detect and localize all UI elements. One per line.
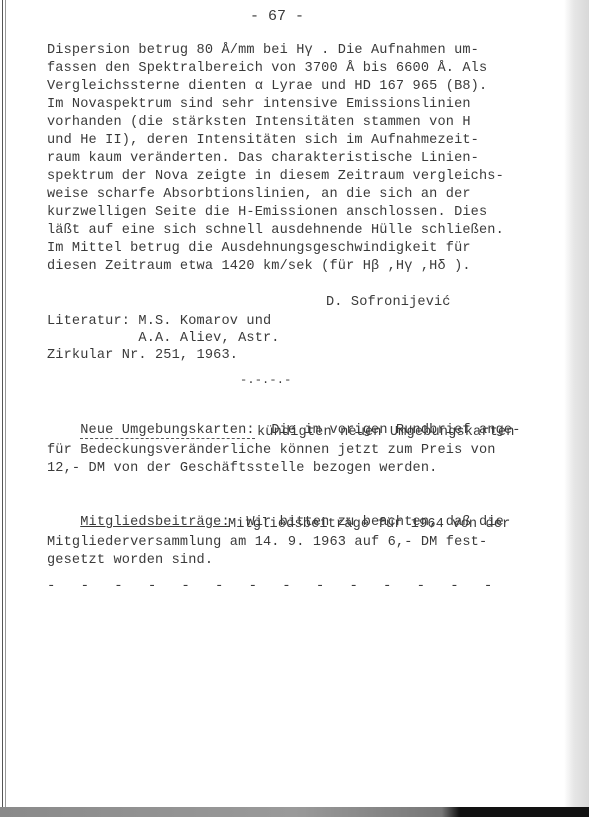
text-line: Im Novaspektrum sind sehr intensive Emis… bbox=[47, 97, 471, 113]
page-edge-rule bbox=[2, 0, 3, 808]
text-line: Im Mittel betrug die Ausdehnungsgeschwin… bbox=[47, 241, 471, 257]
end-dash-line: - - - - - - - - - - - - - - bbox=[47, 578, 492, 594]
text-line: Mitgliederversammlung am 14. 9. 1963 auf… bbox=[47, 535, 487, 551]
text-line: und He II), deren Intensitäten sich im A… bbox=[47, 133, 479, 149]
text-line: kurzwelligen Seite die H-Emissionen ansc… bbox=[47, 205, 487, 221]
text-line: weise scharfe Absorbtionslinien, an die … bbox=[47, 187, 471, 203]
section-separator: -.-.-.- bbox=[240, 372, 291, 388]
text-line: Vergleichssterne dienten α Lyrae und HD … bbox=[47, 79, 487, 95]
page-number: - 67 - bbox=[250, 8, 304, 25]
text-line: vorhanden (die stärksten Intensitäten st… bbox=[47, 115, 471, 131]
text-line: gesetzt worden sind. bbox=[47, 553, 213, 569]
text-line: kündigten neuen Umgebungskarten bbox=[257, 425, 515, 441]
text-line: Literatur: M.S. Komarov und bbox=[47, 314, 271, 330]
section-heading: Mitgliedsbeiträge: bbox=[80, 515, 230, 530]
text-line: läßt auf eine sich schnell ausdehnende H… bbox=[47, 223, 504, 239]
text-line: spektrum der Nova zeigte in diesem Zeitr… bbox=[47, 169, 504, 185]
scan-shadow-right bbox=[564, 0, 589, 817]
section-heading: Neue Umgebungskarten: bbox=[80, 423, 254, 439]
text-line: Dispersion betrug 80 Å/mm bei Hγ . Die A… bbox=[47, 43, 479, 59]
text-line: Zirkular Nr. 251, 1963. bbox=[47, 348, 238, 364]
text-line: 12,- DM von der Geschäftsstelle bezogen … bbox=[47, 461, 437, 477]
text-line: Mitgliedsbeiträge für 1964 von der bbox=[228, 517, 510, 533]
text-line: raum kaum veränderten. Das charakteristi… bbox=[47, 151, 479, 167]
scan-shadow-bottom bbox=[0, 807, 589, 817]
author-signature: D. Sofronijević bbox=[326, 295, 451, 311]
text-line: diesen Zeitraum etwa 1420 km/sek (für Hβ… bbox=[47, 259, 471, 275]
page-edge-rule-inner bbox=[5, 0, 6, 808]
text-line: fassen den Spektralbereich von 3700 Å bi… bbox=[47, 61, 487, 77]
text-line: für Bedeckungsveränderliche können jetzt… bbox=[47, 443, 496, 459]
text-line: A.A. Aliev, Astr. bbox=[47, 331, 280, 347]
